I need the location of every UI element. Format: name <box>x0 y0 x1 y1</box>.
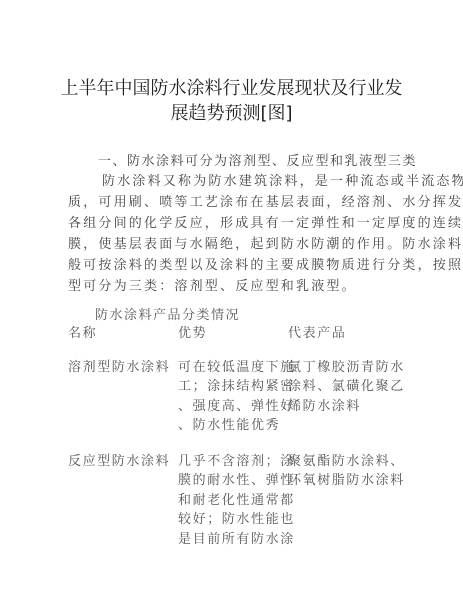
header-products: 代表产品 <box>288 324 398 344</box>
title-line-2: 展趋势预测[图] <box>60 101 403 126</box>
cell-line: 工；涂抹结构紧密 <box>178 377 288 397</box>
paragraph-line: 防水涂料又称为防水建筑涂料，是一种流态或半流态物 <box>68 171 398 192</box>
cell-line: 聚氨酯防水涂料、 <box>288 452 398 472</box>
table-row: 溶剂型防水涂料 可在较低温度下施 工；涂抹结构紧密 、强度高、弹性好 、防水性能… <box>68 358 398 436</box>
paragraph-line: 各组分间的化学反应，形成具有一定弹性和一定厚度的连续薄 <box>68 213 398 234</box>
cell-advantage: 几乎不含溶剂；涂 膜的耐水性、弹性 和耐老化性通常都 较好；防水性能也 是目前所… <box>178 452 288 550</box>
cell-line: 环氧树脂防水涂料 <box>288 471 398 491</box>
cell-line: 是目前所有防水涂 <box>178 530 288 550</box>
paragraph-line: 般可按涂料的类型以及涂料的主要成膜物质进行分类，按照类 <box>68 255 398 276</box>
cell-line: 可在较低温度下施 <box>178 358 288 378</box>
article-title: 上半年中国防水涂料行业发展现状及行业发 展趋势预测[图] <box>60 76 403 126</box>
table-header-row: 名称 优势 代表产品 <box>68 324 398 344</box>
cell-line: 涂料、氯磺化聚乙 <box>288 377 398 397</box>
header-advantage: 优势 <box>178 324 288 344</box>
cell-line: 氯丁橡胶沥青防水 <box>288 358 398 378</box>
cell-products: 氯丁橡胶沥青防水 涂料、氯磺化聚乙 烯防水涂料 <box>288 358 398 436</box>
cell-name: 反应型防水涂料 <box>68 452 178 550</box>
paragraph-line: 质，可用刷、喷等工艺涂布在基层表面，经溶剂、水分挥发或 <box>68 192 398 213</box>
cell-line: 几乎不含溶剂；涂 <box>178 452 288 472</box>
cell-line: 烯防水涂料 <box>288 397 398 417</box>
table-row: 反应型防水涂料 几乎不含溶剂；涂 膜的耐水性、弹性 和耐老化性通常都 较好；防水… <box>68 452 398 550</box>
classification-table: 名称 优势 代表产品 溶剂型防水涂料 可在较低温度下施 工；涂抹结构紧密 、强度… <box>68 324 398 549</box>
paragraph-line: 型可分为三类：溶剂型、反应型和乳液型。 <box>68 276 398 297</box>
cell-line: 膜的耐水性、弹性 <box>178 471 288 491</box>
cell-products: 聚氨酯防水涂料、 环氧树脂防水涂料 <box>288 452 398 550</box>
cell-line: 和耐老化性通常都 <box>178 491 288 511</box>
cell-line: 、强度高、弹性好 <box>178 397 288 417</box>
section-heading: 一、防水涂料可分为溶剂型、反应型和乳液型三类 <box>98 150 417 169</box>
cell-line: 较好；防水性能也 <box>178 510 288 530</box>
cell-line: 、防水性能优秀 <box>178 416 288 436</box>
header-name: 名称 <box>68 324 178 344</box>
cell-name: 溶剂型防水涂料 <box>68 358 178 436</box>
body-paragraph: 防水涂料又称为防水建筑涂料，是一种流态或半流态物 质，可用刷、喷等工艺涂布在基层… <box>68 171 398 297</box>
paragraph-line: 膜，使基层表面与水隔绝，起到防水防潮的作用。防水涂料一 <box>68 234 398 255</box>
cell-advantage: 可在较低温度下施 工；涂抹结构紧密 、强度高、弹性好 、防水性能优秀 <box>178 358 288 436</box>
title-line-1: 上半年中国防水涂料行业发展现状及行业发 <box>60 76 403 101</box>
table-caption: 防水涂料产品分类情况 <box>95 304 240 323</box>
